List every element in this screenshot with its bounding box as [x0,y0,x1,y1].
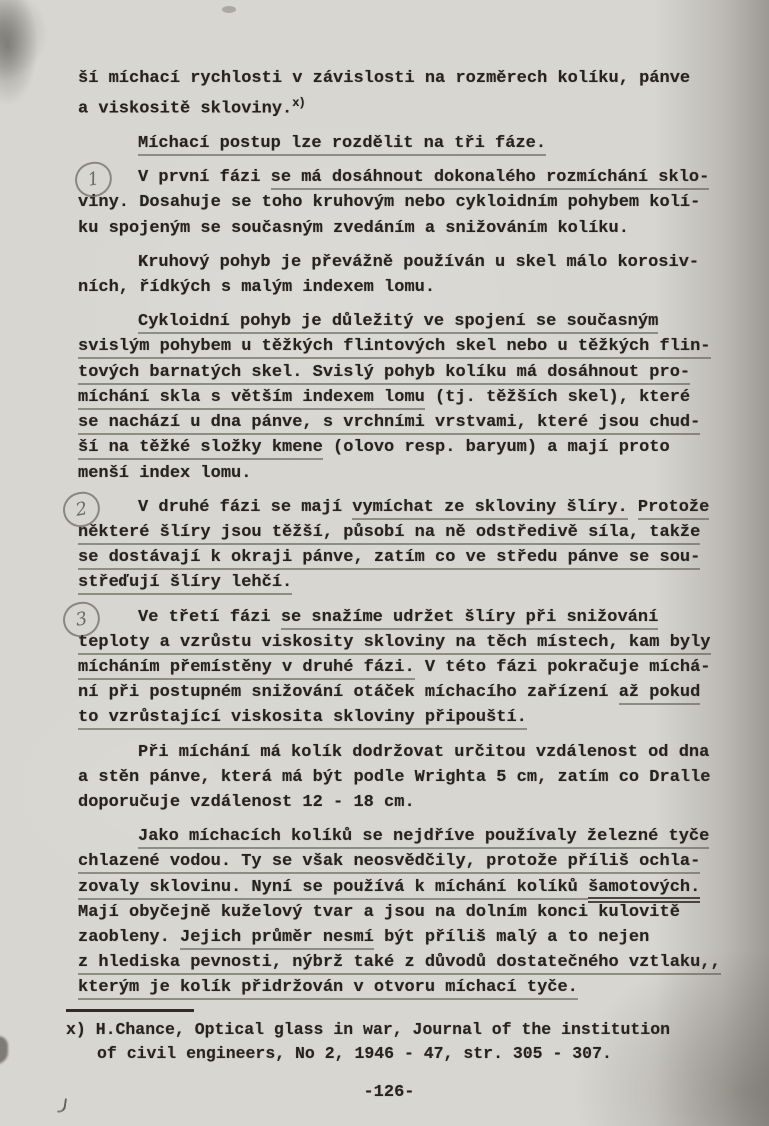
underlined-text: Protože [638,498,709,520]
page-number: -126- [78,1080,700,1105]
text-segment: (tj. těžších skel), které [425,388,690,407]
footnote-line-2: of civil engineers, No 2, 1946 - 47, str… [66,1042,700,1066]
text-segment: a viskositě skloviny. [78,100,292,119]
text-segment: ní při postupném snižování otáček míchac… [78,683,619,702]
text-line: střeďují šlíry lehčí. [78,570,700,595]
text-line: se dostávají k okraji pánve, zatím co ve… [78,545,700,570]
text-line: a stěn pánve, která má být podle Wrighta… [78,765,700,790]
text-line: zovaly sklovinu. Nyní se používá k míchá… [78,875,700,900]
text-segment: Ve třetí fázi [138,608,281,627]
text-segment: V této fázi pokračuje míchá- [415,658,711,677]
text-segment: ku spojeným se současným zvedáním a sniž… [78,219,629,238]
text-line: Cykloidní pohyb je důležitý ve spojení s… [78,309,700,334]
text-line: svislým pohybem u těžkých flintových ske… [78,334,700,359]
underlined-text: některé šlíry jsou těžší, působí na ně o… [78,523,700,545]
underlined-text: se má dosáhnout dokonalého rozmíchání sk… [271,168,710,190]
text-line: ku spojeným se současným zvedáním a sniž… [78,216,700,241]
pencil-squiggle-icon [57,1098,67,1114]
text-line: to vzrůstající viskosita skloviny připou… [78,705,700,730]
text-segment: V druhé fázi se mají [138,498,352,517]
text-segment: Mají obyčejně kuželový tvar a jsou na do… [78,903,680,922]
text-line: a viskositě skloviny.x) [78,91,700,122]
text-segment: viny. Dosahuje se toho kruhovým nebo cyk… [78,193,700,212]
text-line: Při míchání má kolík dodržovat určitou v… [78,740,700,765]
underlined-text: střeďují šlíry lehčí. [78,573,292,595]
text-line: chlazené vodou. Ty se však neosvědčily, … [78,849,700,874]
text-line: míchání skla s větším indexem lomu (tj. … [78,385,700,410]
underlined-text: tových barnatých skel. Svislý pohyb kolí… [78,363,690,385]
underlined-text: z hlediska pevnosti, nýbrž také z důvodů… [78,953,721,975]
text-line: se nachází u dna pánve, s vrchními vrstv… [78,410,700,435]
text-line: zaobleny. Jejich průměr nesmí být příliš… [78,925,700,950]
text-line: mícháním přemístěny v druhé fázi. V této… [78,655,700,680]
text-segment: V první fázi [138,168,271,187]
text-segment: (olovo resp. baryum) a mají proto [323,438,670,457]
footnote-line-1: x) H.Chance, Optical glass in war, Journ… [66,1018,700,1042]
underlined-text: ší na těžké složky kmene [78,438,323,460]
text-segment: být příliš malý a to nejen [374,928,649,947]
underlined-text: Jako míchacích kolíků se nejdříve použív… [138,827,709,849]
underlined-text: zovaly sklovinu. Nyní se používá k míchá… [78,878,588,900]
text-line: tových barnatých skel. Svislý pohyb kolí… [78,360,700,385]
footnote-separator [66,1009,194,1012]
text-segment [628,498,638,517]
scan-smudge-top-left-icon [0,0,38,106]
text-line: doporučuje vzdálenost 12 - 18 cm. [78,790,700,815]
text-line: Jako míchacích kolíků se nejdříve použív… [78,824,700,849]
text-line: některé šlíry jsou těžší, působí na ně o… [78,520,700,545]
footnote-marker: x) [292,96,304,110]
text-segment: a stěn pánve, která má být podle Wrighta… [78,768,711,787]
text-line: ší na těžké složky kmene (olovo resp. ba… [78,435,700,460]
text-line: 2V druhé fázi se mají vymíchat ze sklovi… [78,495,700,520]
text-segment: Kruhový pohyb je převážně používán u ske… [138,253,699,272]
text-segment: zaobleny. [78,928,180,947]
text-line: viny. Dosahuje se toho kruhovým nebo cyk… [78,190,700,215]
underlined-text: Míchací postup lze rozdělit na tři fáze. [138,134,546,156]
text-line: 1V první fázi se má dosáhnout dokonalého… [78,165,700,190]
text-line: teploty a vzrůstu viskosity skloviny na … [78,630,700,655]
text-line: 3Ve třetí fázi se snažíme udržet šlíry p… [78,605,700,630]
text-line: Mají obyčejně kuželový tvar a jsou na do… [78,900,700,925]
underlined-text: kterým je kolík přidržován v otvoru mích… [78,978,578,1000]
underlined-text: Cykloidní pohyb je důležitý ve spojení s… [138,312,658,334]
text-line: ní při postupném snižování otáček míchac… [78,680,700,705]
underlined-text: se dostávají k okraji pánve, zatím co ve… [78,548,700,570]
underlined-text: až pokud [619,683,701,705]
underlined-text: chlazené vodou. Ty se však neosvědčily, … [78,852,700,874]
underlined-text: míchání skla s větším indexem lomu [78,388,425,410]
text-segment: ší míchací rychlosti v závislosti na roz… [78,69,690,88]
text-line: ních, řídkých s malým indexem lomu. [78,275,700,300]
text-segment: doporučuje vzdálenost 12 - 18 cm. [78,793,415,812]
underlined-text: to vzrůstající viskosita skloviny připou… [78,708,527,730]
text-line: z hlediska pevnosti, nýbrž také z důvodů… [78,950,700,975]
text-line: ší míchací rychlosti v závislosti na roz… [78,66,700,91]
underlined-text: se snažíme udržet šlíry při snižování [281,608,658,630]
footnote: x) H.Chance, Optical glass in war, Journ… [66,1018,700,1066]
scanned-document-page: ší míchací rychlosti v závislosti na roz… [0,0,769,1126]
text-line: menší index lomu. [78,461,700,486]
scan-speck-icon [222,6,236,13]
underlined-text: Jejich průměr nesmí [180,928,374,950]
text-line: Kruhový pohyb je převážně používán u ske… [78,250,700,275]
text-line: kterým je kolík přidržován v otvoru mích… [78,975,700,1000]
underlined-text: se nachází u dna pánve, s vrchními vrstv… [78,413,700,435]
text-segment: menší index lomu. [78,464,251,483]
underlined-text: teploty a vzrůstu viskosity skloviny na … [78,633,711,655]
text-line: Míchací postup lze rozdělit na tři fáze. [78,131,700,156]
scan-mark-left-edge-icon [0,1036,8,1064]
underlined-text: vymíchat ze skloviny šlíry. [352,498,627,520]
text-segment: Při míchání má kolík dodržovat určitou v… [138,743,709,762]
underlined-text: mícháním přemístěny v druhé fázi. [78,658,415,680]
text-segment: ních, řídkých s malým indexem lomu. [78,278,435,297]
underlined-text: svislým pohybem u těžkých flintových ske… [78,337,711,359]
text-block: ší míchací rychlosti v závislosti na roz… [78,66,700,1105]
